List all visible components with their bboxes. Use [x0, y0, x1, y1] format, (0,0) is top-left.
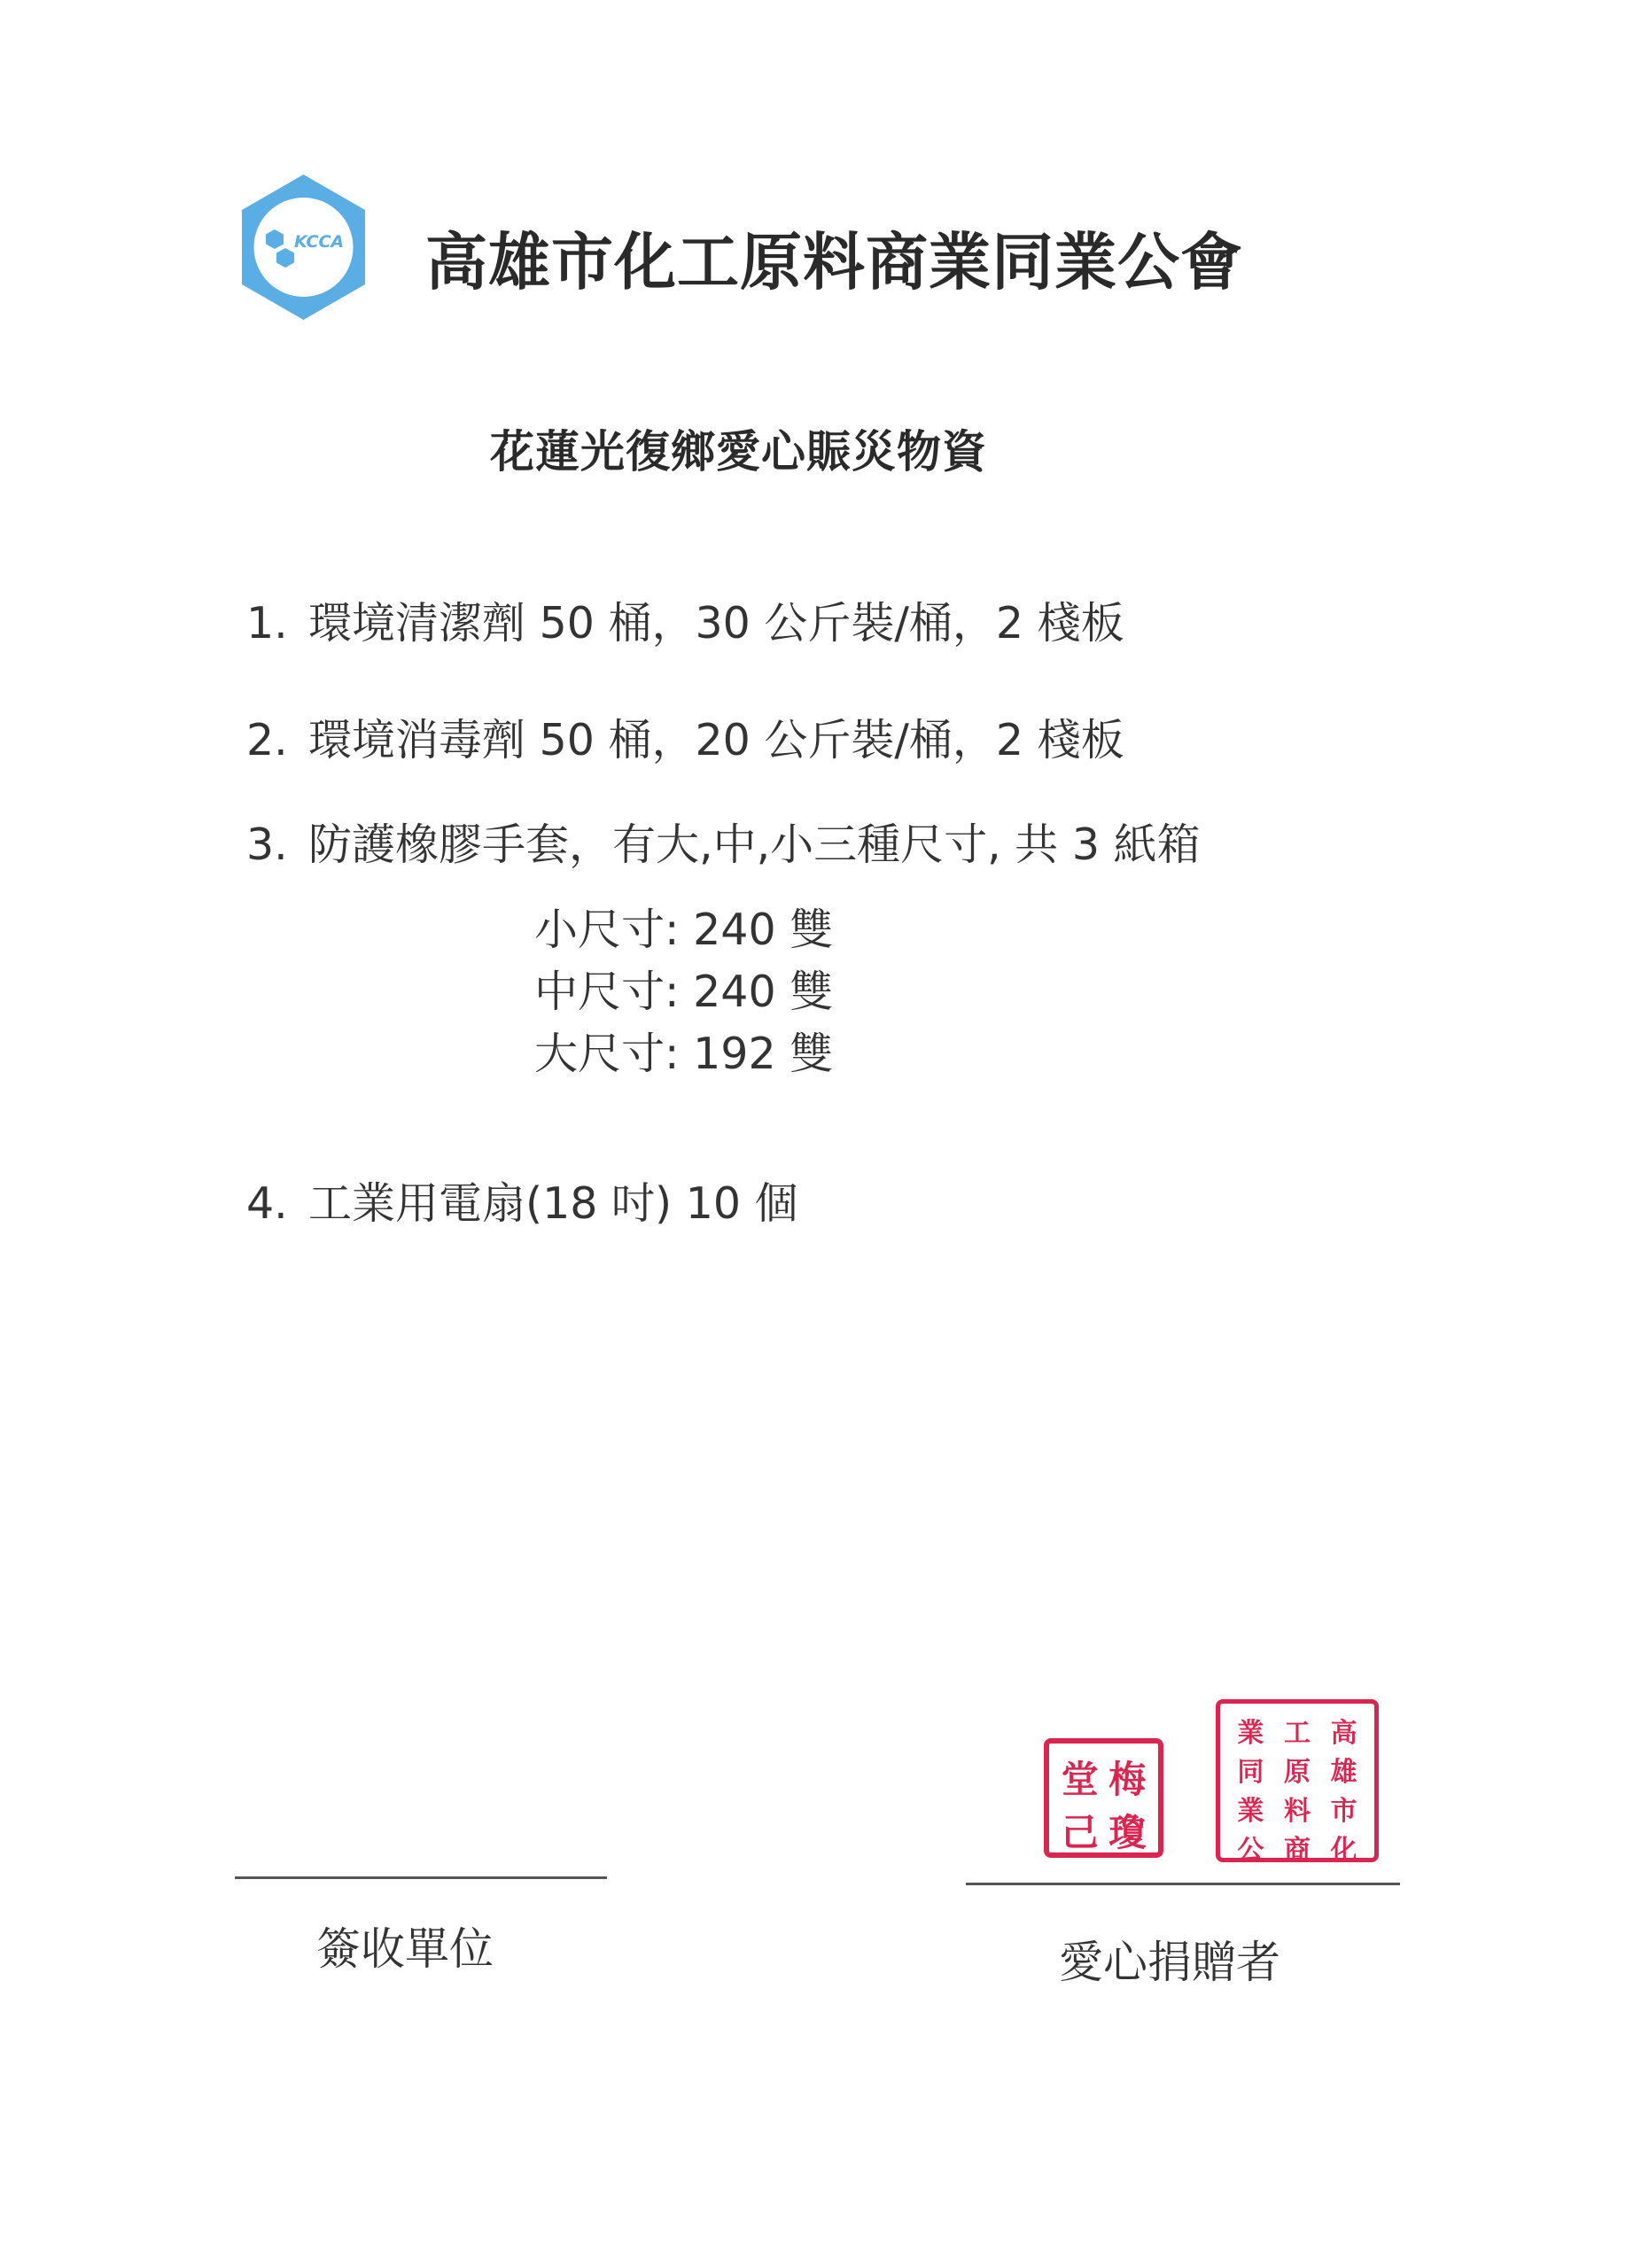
item-text: 工業用電扇(18 吋) 10 個	[308, 1178, 798, 1229]
list-item: 1.環境清潔劑 50 桶，30 公斤裝/桶，2 棧板	[246, 589, 1124, 651]
size-label: 大尺寸	[534, 1029, 665, 1079]
seal-char: 原	[1284, 1750, 1311, 1789]
item-number: 4.	[246, 1178, 308, 1229]
item-number: 1.	[246, 598, 308, 649]
personal-seal-stamp: 梅 瓊 堂 己	[1044, 1738, 1163, 1858]
size-row-large: 大尺寸: 192 雙	[534, 1023, 833, 1085]
size-row-small: 小尺寸: 240 雙	[534, 899, 833, 961]
seal-char: 市	[1331, 1789, 1357, 1828]
organization-seal-stamp: 高 雄 市 化 工 原 料 商 業 同 業 公	[1216, 1699, 1379, 1862]
item-text: 環境清潔劑 50 桶，30 公斤裝/桶，2 棧板	[308, 598, 1124, 649]
size-label: 中尺寸	[534, 967, 665, 1017]
item-number: 2.	[246, 715, 308, 765]
kcca-logo: KCCA	[239, 173, 368, 322]
seal-char: 堂	[1062, 1751, 1099, 1804]
receiver-label: 簽收單位	[316, 1914, 494, 1977]
organization-name: 高雄市化工原料商業同業公會	[425, 213, 1243, 302]
size-unit: 雙	[789, 967, 833, 1017]
seal-char: 業	[1237, 1789, 1264, 1828]
list-item: 3.防護橡膠手套，有大,中,小三種尺寸, 共 3 紙箱	[246, 811, 1201, 873]
item-number: 3.	[246, 819, 308, 870]
hexagon-logo-icon: KCCA	[239, 173, 368, 322]
list-item: 2.環境消毒劑 50 桶，20 公斤裝/桶，2 棧板	[246, 706, 1124, 768]
seal-char: 己	[1062, 1804, 1099, 1857]
seal-char: 商	[1284, 1828, 1311, 1867]
seal-char: 料	[1284, 1789, 1311, 1828]
size-unit: 雙	[789, 1029, 833, 1079]
size-quantity: 192	[693, 1029, 776, 1079]
seal-char: 高	[1331, 1711, 1357, 1750]
seal-char: 工	[1284, 1711, 1311, 1750]
donor-signature-line	[966, 1883, 1400, 1885]
document-title: 花蓮光復鄉愛心賑災物資	[490, 416, 987, 480]
item-text: 防護橡膠手套，有大,中,小三種尺寸, 共 3 紙箱	[308, 819, 1201, 870]
size-unit: 雙	[789, 905, 833, 955]
size-quantity: 240	[693, 905, 776, 955]
size-row-medium: 中尺寸: 240 雙	[534, 961, 833, 1023]
list-item: 4.工業用電扇(18 吋) 10 個	[246, 1169, 798, 1231]
svg-text:KCCA: KCCA	[294, 232, 344, 252]
seal-char: 業	[1237, 1711, 1264, 1750]
receiver-signature-line	[235, 1876, 607, 1879]
seal-char: 雄	[1331, 1750, 1357, 1789]
glove-size-list: 小尺寸: 240 雙 中尺寸: 240 雙 大尺寸: 192 雙	[534, 899, 833, 1085]
seal-char: 同	[1237, 1750, 1264, 1789]
seal-char: 瓊	[1108, 1804, 1146, 1857]
donor-label: 愛心捐贈者	[1059, 1927, 1280, 1991]
seal-char: 公	[1237, 1828, 1264, 1867]
size-quantity: 240	[693, 967, 776, 1017]
seal-char: 化	[1331, 1828, 1357, 1867]
size-label: 小尺寸	[534, 905, 665, 955]
seal-char: 梅	[1108, 1751, 1146, 1804]
item-text: 環境消毒劑 50 桶，20 公斤裝/桶，2 棧板	[308, 715, 1124, 765]
